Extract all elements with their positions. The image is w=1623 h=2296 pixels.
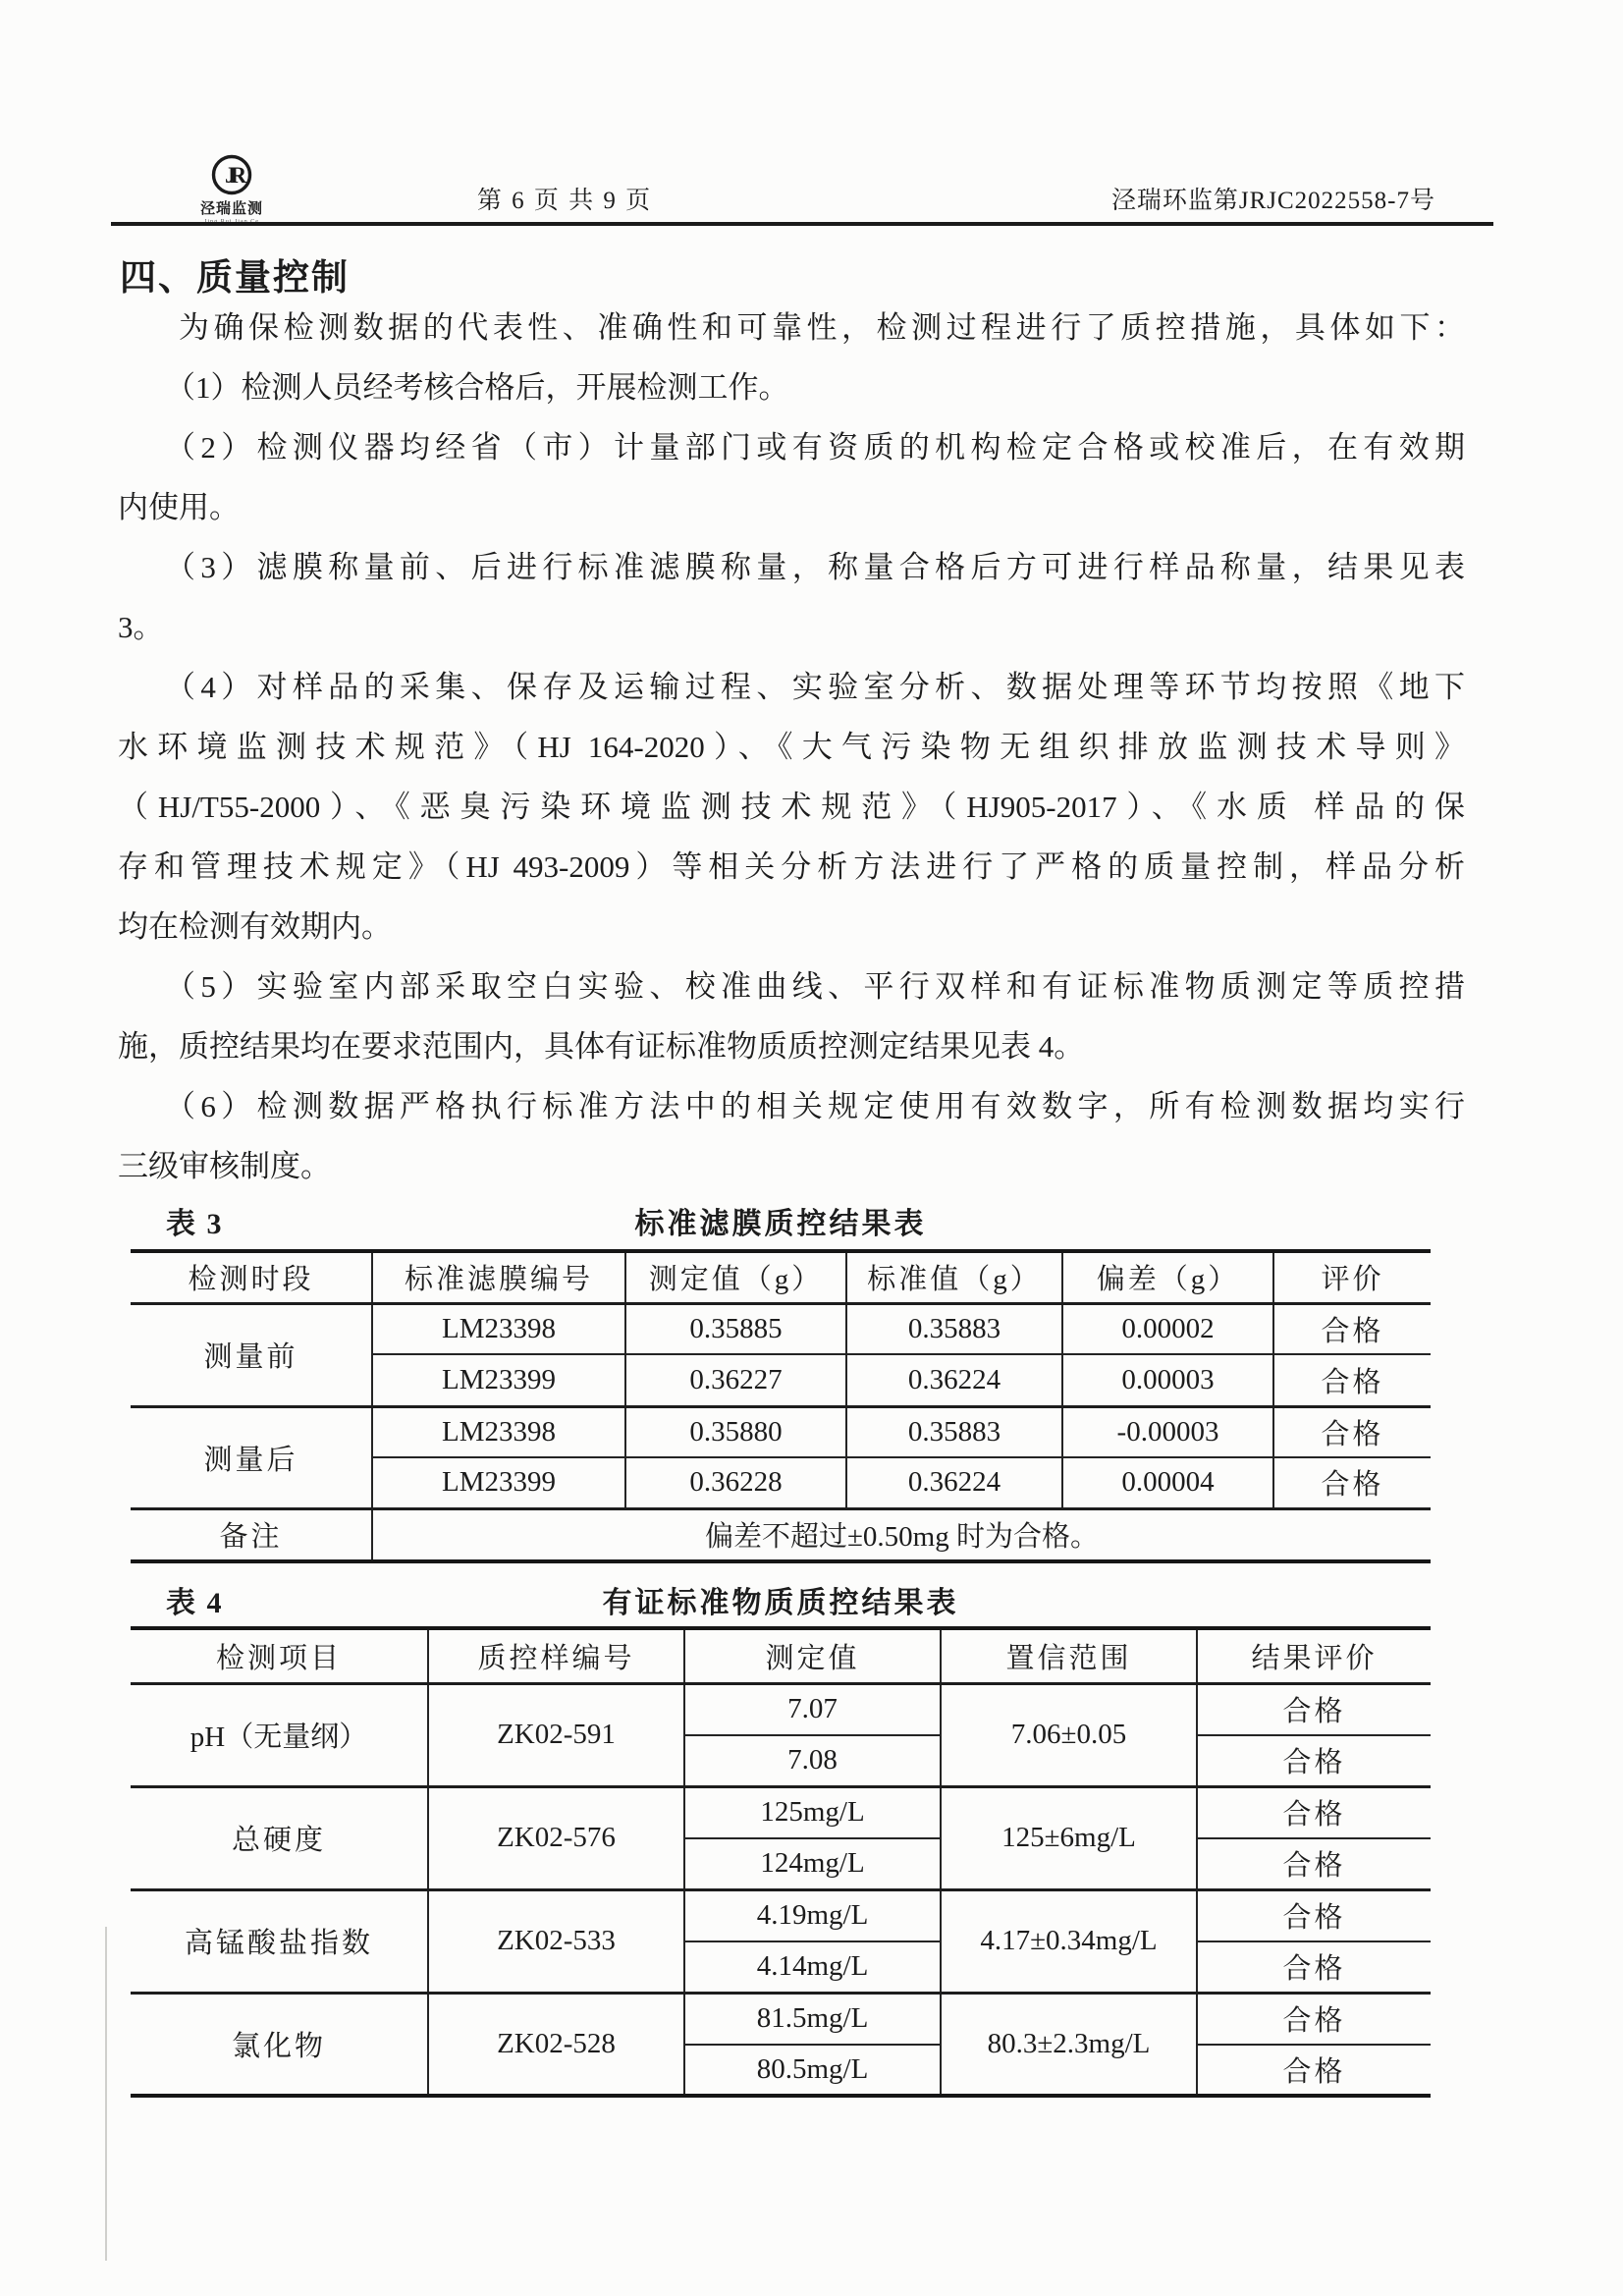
deviation-cell: 0.00002	[1062, 1303, 1273, 1354]
range-cell: 80.3±2.3mg/L	[941, 1993, 1197, 2096]
sample-no-cell: ZK02-576	[428, 1786, 684, 1889]
paragraph-line: （5）实验室内部采取空白实验、校准曲线、平行双样和有证标准物质测定等质控措	[118, 957, 1465, 1016]
paragraph-line: 水环境监测技术规范》（HJ 164-2020）、《大气污染物无组织排放监测技术导…	[118, 717, 1465, 777]
table3-standard-filter-qc: 检测时段 标准滤膜编号 测定值（g） 标准值（g） 偏差（g） 评价 测量前 L…	[131, 1249, 1431, 1563]
result-cell: 合格	[1273, 1457, 1431, 1508]
col-header: 检测时段	[131, 1251, 372, 1303]
measured-cell: 80.5mg/L	[684, 2045, 941, 2096]
measured-cell: 124mg/L	[684, 1838, 941, 1889]
table3-caption-title: 标准滤膜质控结果表	[131, 1200, 1431, 1249]
measured-cell: 4.19mg/L	[684, 1889, 941, 1941]
paragraph-line: 均在检测有效期内。	[118, 897, 1465, 957]
period-cell: 测量后	[131, 1406, 372, 1508]
table4-caption: 表 4 有证标准物质质控结果表	[131, 1579, 1431, 1628]
table4-reference-material-qc: 检测项目 质控样编号 测定值 置信范围 结果评价 pH（无量纲） ZK02-59…	[131, 1626, 1431, 2098]
item-cell: 总硬度	[131, 1786, 428, 1889]
body-text: 为确保检测数据的代表性、准确性和可靠性，检测过程进行了质控措施，具体如下： （1…	[118, 298, 1465, 1196]
paragraph-line: 三级审核制度。	[118, 1136, 1465, 1196]
svg-text:JR: JR	[225, 163, 247, 188]
deviation-cell: 0.00003	[1062, 1354, 1273, 1406]
table-row: 高锰酸盐指数 ZK02-533 4.19mg/L 4.17±0.34mg/L 合…	[131, 1889, 1431, 1941]
standard-cell: 0.35883	[846, 1303, 1062, 1354]
col-header: 结果评价	[1197, 1628, 1431, 1683]
table-row: pH（无量纲） ZK02-591 7.07 7.06±0.05 合格	[131, 1683, 1431, 1735]
measured-cell: 0.36227	[625, 1354, 846, 1406]
result-cell: 合格	[1197, 1838, 1431, 1889]
measured-cell: 4.14mg/L	[684, 1941, 941, 1993]
measured-cell: 0.35885	[625, 1303, 846, 1354]
result-cell: 合格	[1273, 1406, 1431, 1457]
logo-monogram-icon: JR	[210, 153, 253, 196]
result-cell: 合格	[1197, 1786, 1431, 1838]
standard-cell: 0.36224	[846, 1457, 1062, 1508]
paragraph-line: 为确保检测数据的代表性、准确性和可靠性，检测过程进行了质控措施，具体如下：	[118, 298, 1465, 357]
table4-caption-title: 有证标准物质质控结果表	[131, 1579, 1431, 1628]
measured-cell: 125mg/L	[684, 1786, 941, 1838]
paragraph-line: （2）检测仪器均经省（市）计量部门或有资质的机构检定合格或校准后，在有效期	[118, 417, 1465, 477]
table-row: 测量后 LM23398 0.35880 0.35883 -0.00003 合格	[131, 1406, 1431, 1457]
result-cell: 合格	[1197, 1683, 1431, 1735]
table-row: 备注 偏差不超过±0.50mg 时为合格。	[131, 1508, 1431, 1561]
item-cell: 高锰酸盐指数	[131, 1889, 428, 1993]
measured-cell: 0.35880	[625, 1406, 846, 1457]
paragraph-line: 存和管理技术规定》（HJ 493-2009）等相关分析方法进行了严格的质量控制，…	[118, 837, 1465, 897]
col-header: 检测项目	[131, 1628, 428, 1683]
filter-no-cell: LM23398	[372, 1303, 625, 1354]
measured-cell: 0.36228	[625, 1457, 846, 1508]
measured-cell: 7.08	[684, 1735, 941, 1786]
deviation-cell: -0.00003	[1062, 1406, 1273, 1457]
item-cell: 氯化物	[131, 1993, 428, 2096]
paragraph-line: 内使用。	[118, 477, 1465, 537]
standard-cell: 0.36224	[846, 1354, 1062, 1406]
col-header: 测定值（g）	[625, 1251, 846, 1303]
col-header: 置信范围	[941, 1628, 1197, 1683]
result-cell: 合格	[1197, 1889, 1431, 1941]
measured-cell: 81.5mg/L	[684, 1993, 941, 2045]
logo-company-name: 泾瑞监测	[200, 202, 263, 217]
filter-no-cell: LM23398	[372, 1406, 625, 1457]
range-cell: 7.06±0.05	[941, 1683, 1197, 1786]
table-row: 测量前 LM23398 0.35885 0.35883 0.00002 合格	[131, 1303, 1431, 1354]
table4-caption-label: 表 4	[166, 1579, 224, 1628]
col-header: 测定值	[684, 1628, 941, 1683]
result-cell: 合格	[1273, 1303, 1431, 1354]
sample-no-cell: ZK02-533	[428, 1889, 684, 1993]
result-cell: 合格	[1197, 1735, 1431, 1786]
company-logo: JR 泾瑞监测 Jing Rui Jian Ce	[200, 153, 263, 225]
paragraph-line: （1）检测人员经考核合格后，开展检测工作。	[118, 357, 1465, 417]
remark-cell: 偏差不超过±0.50mg 时为合格。	[372, 1508, 1431, 1561]
col-header: 评价	[1273, 1251, 1431, 1303]
col-header: 标准值（g）	[846, 1251, 1062, 1303]
filter-no-cell: LM23399	[372, 1457, 625, 1508]
paragraph-line: （HJ/T55-2000）、《恶臭污染环境监测技术规范》（HJ905-2017）…	[118, 777, 1465, 837]
report-number: 泾瑞环监第JRJC2022558-7号	[1111, 181, 1435, 216]
measured-cell: 7.07	[684, 1683, 941, 1735]
table3-caption-label: 表 3	[166, 1200, 224, 1249]
paragraph-line: （6）检测数据严格执行标准方法中的相关规定使用有效数字，所有检测数据均实行	[118, 1076, 1465, 1136]
range-cell: 4.17±0.34mg/L	[941, 1889, 1197, 1993]
table4-wrapper: 检测项目 质控样编号 测定值 置信范围 结果评价 pH（无量纲） ZK02-59…	[131, 1626, 1431, 2098]
paragraph-line: 施，质控结果均在要求范围内，具体有证标准物质质控测定结果见表 4。	[118, 1016, 1465, 1076]
result-cell: 合格	[1273, 1354, 1431, 1406]
page-number: 第 6 页 共 9 页	[461, 181, 668, 216]
table-row: 总硬度 ZK02-576 125mg/L 125±6mg/L 合格	[131, 1786, 1431, 1838]
col-header: 偏差（g）	[1062, 1251, 1273, 1303]
result-cell: 合格	[1197, 1941, 1431, 1993]
scan-artifact-line	[105, 1927, 107, 2261]
scanned-report-page: JR 泾瑞监测 Jing Rui Jian Ce 第 6 页 共 9 页 泾瑞环…	[0, 0, 1623, 2296]
col-header: 质控样编号	[428, 1628, 684, 1683]
paragraph-line: （4）对样品的采集、保存及运输过程、实验室分析、数据处理等环节均按照《地下	[118, 657, 1465, 717]
section-title: 四、质量控制	[120, 247, 350, 301]
period-cell: 测量前	[131, 1303, 372, 1406]
header-divider	[111, 222, 1493, 226]
result-cell: 合格	[1197, 2045, 1431, 2096]
deviation-cell: 0.00004	[1062, 1457, 1273, 1508]
sample-no-cell: ZK02-591	[428, 1683, 684, 1786]
range-cell: 125±6mg/L	[941, 1786, 1197, 1889]
item-cell: pH（无量纲）	[131, 1683, 428, 1786]
table3-caption: 表 3 标准滤膜质控结果表	[131, 1200, 1431, 1249]
result-cell: 合格	[1197, 1993, 1431, 2045]
sample-no-cell: ZK02-528	[428, 1993, 684, 2096]
table-row: 氯化物 ZK02-528 81.5mg/L 80.3±2.3mg/L 合格	[131, 1993, 1431, 2045]
remark-label-cell: 备注	[131, 1508, 372, 1561]
filter-no-cell: LM23399	[372, 1354, 625, 1406]
col-header: 标准滤膜编号	[372, 1251, 625, 1303]
standard-cell: 0.35883	[846, 1406, 1062, 1457]
table3-wrapper: 检测时段 标准滤膜编号 测定值（g） 标准值（g） 偏差（g） 评价 测量前 L…	[131, 1249, 1431, 1563]
paragraph-line: （3）滤膜称量前、后进行标准滤膜称量，称量合格后方可进行样品称量，结果见表	[118, 537, 1465, 597]
paragraph-line: 3。	[118, 597, 1465, 657]
